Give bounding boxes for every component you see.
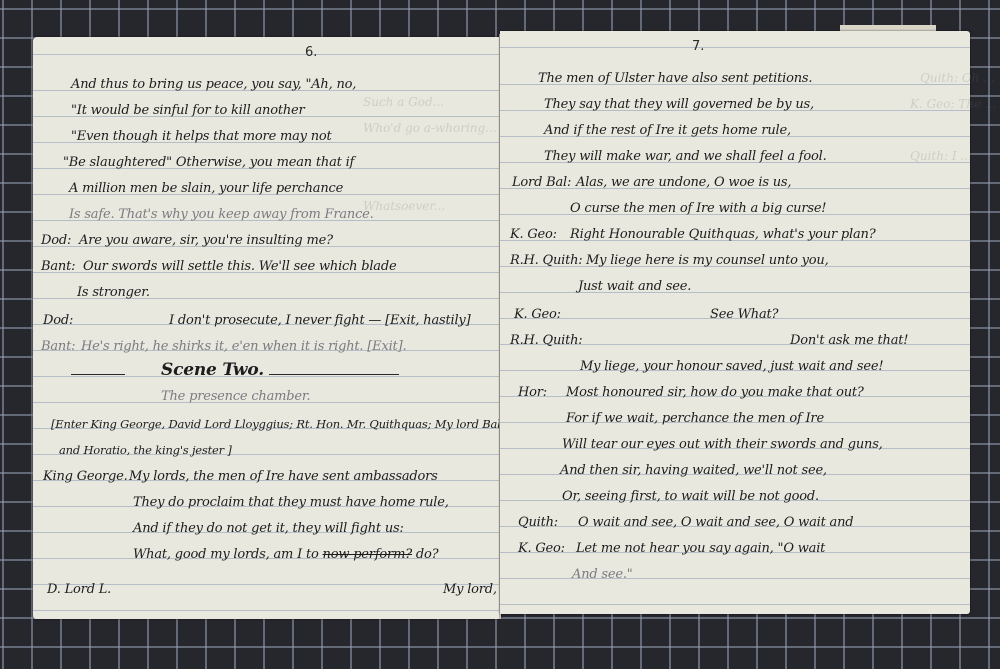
dialogue-line: Will tear our eyes out with their swords… xyxy=(562,437,883,452)
dialogue-line: See What? xyxy=(710,307,778,322)
decorative-rule xyxy=(269,374,399,375)
dialogue-text: do? xyxy=(416,547,439,562)
page-number: 7. xyxy=(692,39,704,54)
dialogue-line: O wait and see, O wait and see, O wait a… xyxy=(578,515,853,530)
speaker-label: K. Geo: xyxy=(514,307,561,322)
dialogue-line: What, good my lords, am I to now perform… xyxy=(133,547,438,562)
speaker-label: Lord Bal: xyxy=(512,175,571,190)
bleed-through-text: K. Geo: The ... xyxy=(910,97,996,111)
verse-line: And if the rest of Ire it gets home rule… xyxy=(544,123,791,138)
verse-line: And thus to bring us peace, you say, "Ah… xyxy=(71,77,356,92)
verse-line: "It would be sinful for to kill another xyxy=(71,103,305,118)
speaker-label: Bant: xyxy=(41,339,75,354)
dialogue-line: And see." xyxy=(572,567,633,582)
dialogue-line: My lords, the men of Ire have sent ambas… xyxy=(129,469,438,484)
dialogue-line: And then sir, having waited, we'll not s… xyxy=(560,463,827,478)
dialogue-line: Most honoured sir, how do you make that … xyxy=(566,385,864,400)
speaker-label: K. Geo: xyxy=(518,541,565,556)
dialogue-line: He's right, he shirks it, e'en when it i… xyxy=(81,339,406,354)
decorative-rule xyxy=(71,374,125,375)
verse-line: They will make war, and we shall feel a … xyxy=(544,149,827,164)
dialogue-line: Right Honourable Quithquas, what's your … xyxy=(570,227,875,242)
dialogue-line: My liege here is my counsel unto you, xyxy=(586,253,829,268)
dialogue-line: Don't ask me that! xyxy=(790,333,908,348)
footer-catchword-left: D. Lord L. xyxy=(47,582,111,597)
verse-line: Is safe. That's why you keep away from F… xyxy=(69,207,374,222)
verse-line: "Even though it helps that more may not xyxy=(71,129,332,144)
verse-line: A million men be slain, your life percha… xyxy=(69,181,343,196)
dialogue-line: And if they do not get it, they will fig… xyxy=(133,521,404,536)
speaker-label: R.H. Quith: xyxy=(510,333,583,348)
dialogue-line: Let me not hear you say again, "O wait xyxy=(576,541,825,556)
stage-direction: [Enter King George, David Lord Lloyggius… xyxy=(51,417,525,431)
struck-through-text: now perform? xyxy=(323,547,412,562)
dialogue-line: They do proclaim that they must have hom… xyxy=(133,495,449,510)
dialogue-line: For if we wait, perchance the men of Ire xyxy=(566,411,824,426)
left-page: 6. Such a God... Who'd go a-whoring... W… xyxy=(33,37,501,619)
speaker-label: Hor: xyxy=(518,385,547,400)
scene-location: The presence chamber. xyxy=(161,389,310,404)
dialogue-line: Are you aware, sir, you're insulting me? xyxy=(79,233,333,248)
speaker-label: King George. xyxy=(43,469,128,484)
speaker-label: Bant: xyxy=(41,259,75,274)
bleed-through-text: Who'd go a-whoring... xyxy=(363,121,497,135)
dialogue-line: I don't prosecute, I never fight — [Exit… xyxy=(169,313,470,328)
dialogue-text: What, good my lords, am I to xyxy=(133,547,319,562)
footer-catchword-right: My lord, xyxy=(443,582,497,597)
page-number: 6. xyxy=(305,45,317,60)
right-page: 7. Quith: Oh ... K. Geo: The ... Quith: … xyxy=(500,31,970,614)
dialogue-line: Just wait and see. xyxy=(578,279,691,294)
speaker-label: K. Geo: xyxy=(510,227,557,242)
verse-line: The men of Ulster have also sent petitio… xyxy=(538,71,812,86)
speaker-label: R.H. Quith: xyxy=(510,253,583,268)
speaker-label: Quith: xyxy=(518,515,558,530)
bleed-through-text: Quith: Oh ... xyxy=(920,71,995,85)
dialogue-line: Or, seeing first, to wait will be not go… xyxy=(562,489,819,504)
dialogue-line: O curse the men of Ire with a big curse! xyxy=(570,201,826,216)
scene-heading: Scene Two. xyxy=(161,360,264,380)
bleed-through-text: Whatsoever... xyxy=(363,199,445,213)
verse-line: "Be slaughtered" Otherwise, you mean tha… xyxy=(63,155,354,170)
speaker-label: Dod: xyxy=(41,233,71,248)
bleed-through-text: Quith: I ... xyxy=(910,149,972,163)
verse-line: They say that they will governed be by u… xyxy=(544,97,814,112)
stage-direction: and Horatio, the king's jester ] xyxy=(59,443,232,457)
bleed-through-text: Such a God... xyxy=(363,95,444,109)
dialogue-line: My liege, your honour saved, just wait a… xyxy=(580,359,883,374)
dialogue-line: Our swords will settle this. We'll see w… xyxy=(83,259,396,274)
dialogue-line: Is stronger. xyxy=(77,285,150,300)
dialogue-line: Alas, we are undone, O woe is us, xyxy=(576,175,791,190)
speaker-label: Dod: xyxy=(43,313,73,328)
